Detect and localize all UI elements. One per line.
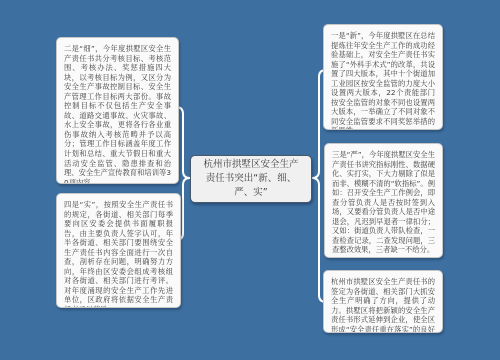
- summary-node: 杭州市拱墅区安全生产责任书的签定为各街道、相关部门大抓安全生产明确了方向，提供了…: [323, 270, 443, 333]
- branch-node-point-shi: 四是“实”，按照安全生产责任书的规定，各街道、相关部门每季要向区安委会提供书面履…: [56, 193, 181, 308]
- branch-node-point-yan: 三是“严”，今年度拱墅区安全生产责任书讲究指标刚性、数据硬化、实打实，下大力剔除…: [324, 143, 443, 258]
- branch-node-point-xin: 一是“新”，今年度拱墅区在总结提炼往年安全生产工作的成功经验基础上，对安全生产责…: [323, 24, 443, 130]
- center-topic-node: 杭州市拱墅区安全生产责任书突出“新、细、严、实”: [190, 155, 312, 203]
- diagram-canvas: 二是“细”，今年度拱墅区安全生产责任书共分考核目标、考核范围、考核办法、奖惩措施…: [0, 0, 500, 360]
- branch-node-point-xi: 二是“细”，今年度拱墅区安全生产责任书共分考核目标、考核范围、考核办法、奖惩措施…: [56, 37, 179, 184]
